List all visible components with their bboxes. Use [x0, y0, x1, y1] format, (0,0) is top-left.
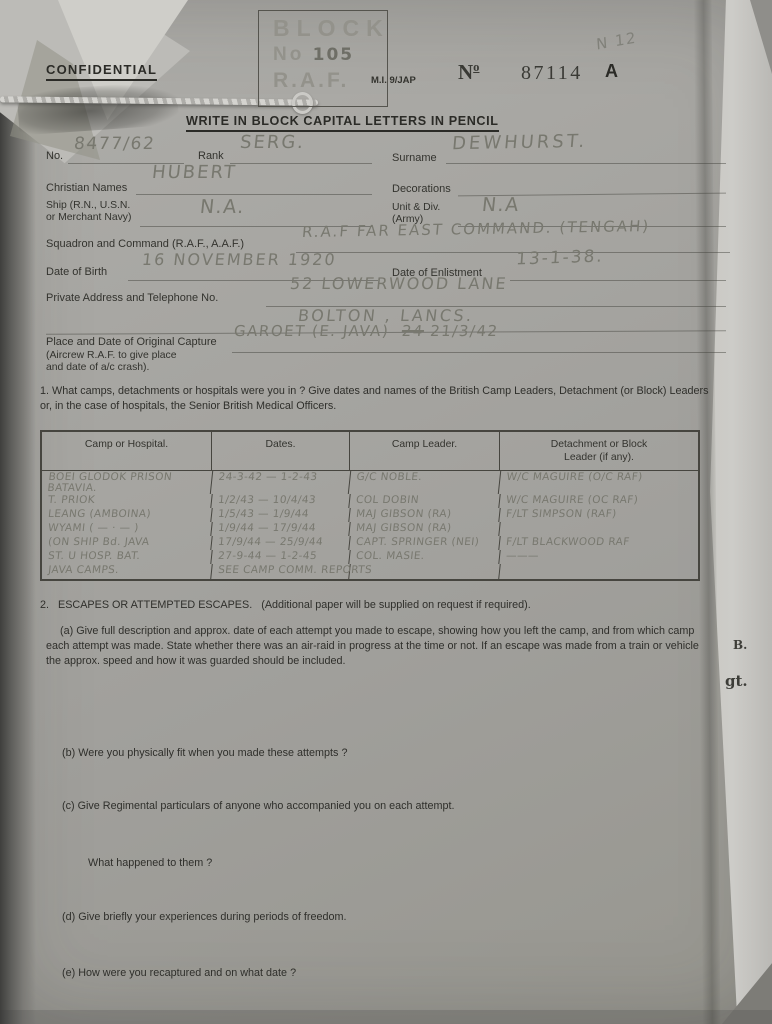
field-no-value: 8477/62	[73, 136, 156, 153]
field-rule	[446, 163, 726, 164]
table-cell: W/C MAGUIRE (OC RAF)	[499, 494, 698, 508]
table-cell: COL. MASIE.	[349, 550, 500, 564]
form-number-suffix: A	[605, 61, 618, 82]
table-cell: (ON SHIP Bd. JAVA	[41, 536, 212, 550]
field-capture-note-line2: and date of a/c crash).	[46, 362, 149, 374]
field-address-label: Private Address and Telephone No.	[46, 292, 218, 304]
table-cell: 1/9/44 — 17/9/44	[211, 522, 350, 536]
question-2d-text: (d) Give briefly your experiences during…	[62, 910, 702, 925]
column-header: Detachment or Block Leader (if any).	[500, 432, 698, 470]
question-2c-text: (c) Give Regimental particulars of anyon…	[62, 799, 702, 814]
table-cell: W/C MAGUIRE (O/C RAF)	[499, 471, 699, 494]
field-capture-value: GAROET (E. JAVA) 24 21/3/42	[233, 324, 499, 339]
field-ship-label-line2: or Merchant Navy)	[46, 212, 131, 224]
table-cell: SEE CAMP COMM. REPORTS	[211, 564, 351, 579]
camps-table-header: Camp or Hospital. Dates. Camp Leader. De…	[42, 432, 698, 471]
table-cell	[499, 564, 699, 579]
field-rule	[510, 280, 726, 281]
capture-date: 21/3/42	[429, 322, 499, 340]
question-2a-text: (a) Give full description and approx. da…	[46, 624, 710, 669]
table-cell: ST. U HOSP. BAT.	[41, 550, 212, 564]
table-cell: F/LT BLACKWOOD RAF	[499, 536, 698, 550]
camps-table-body: BOEI GLODOK PRISON BATAVIA. 24-3-42 — 1-…	[42, 471, 698, 579]
question-2-heading: 2. ESCAPES OR ATTEMPTED ESCAPES. (Additi…	[40, 598, 716, 613]
field-address-value-line1: 52 LOWERWOOD LANE	[289, 276, 508, 292]
field-rule	[296, 252, 730, 253]
field-squadron-label: Squadron and Command (R.A.F., A.A.F.)	[46, 238, 244, 250]
field-capture-note-line1: (Aircrew R.A.F. to give place	[46, 350, 177, 362]
stamp-line-block: BLOCK	[273, 15, 387, 42]
field-capture-label: Place and Date of Original Capture	[46, 336, 217, 348]
stamp-number-handwritten: 105	[313, 45, 355, 65]
table-cell: LEANG (AMBOINA)	[41, 508, 212, 522]
field-unit-label-line1: Unit & Div.	[392, 202, 440, 214]
field-squadron-value: R.A.F FAR EAST COMMAND. (TENGAH)	[301, 219, 650, 240]
margin-fragment: gt.	[725, 672, 748, 690]
block-stamp-box: BLOCK No 105 R.A.F.	[258, 10, 388, 107]
camps-table: Camp or Hospital. Dates. Camp Leader. De…	[40, 430, 700, 581]
table-cell: G/C NOBLE.	[349, 471, 501, 494]
field-ship-value: N.A.	[199, 198, 246, 217]
field-ship-label-line1: Ship (R.N., U.S.N.	[46, 200, 130, 212]
field-unit-value: N.A	[481, 196, 521, 215]
table-cell: ———	[499, 550, 698, 564]
scanned-pow-form: CONFIDENTIAL BLOCK No 105 R.A.F. M.I. 9/…	[0, 0, 772, 1024]
question-2-title: ESCAPES OR ATTEMPTED ESCAPES.	[58, 599, 252, 611]
question-2e-text: (e) How were you recaptured and on what …	[62, 966, 702, 981]
table-cell: COL DOBIN	[349, 494, 500, 508]
instruction-heading: WRITE IN BLOCK CAPITAL LETTERS IN PENCIL	[186, 114, 499, 132]
field-christian-names-value: HUBERT	[151, 164, 238, 182]
table-cell: WYAMI ( — · — )	[41, 522, 212, 536]
field-rule	[232, 352, 726, 353]
stamp-line-no: No 105	[273, 44, 387, 66]
column-header: Camp Leader.	[350, 432, 500, 470]
field-christian-names-label: Christian Names	[46, 182, 127, 194]
form-number-label: No	[458, 60, 479, 85]
table-cell: T. PRIOK	[41, 494, 212, 508]
field-rule	[136, 194, 372, 195]
question-1-text: 1. What camps, detachments or hospitals …	[40, 384, 716, 414]
field-decorations-label: Decorations	[392, 183, 451, 195]
question-2-note: (Additional paper will be supplied on re…	[261, 599, 530, 611]
field-dob-value: 16 NOVEMBER 1920	[141, 252, 337, 268]
binding-edge	[0, 0, 36, 1024]
form-number: 87114	[521, 62, 583, 85]
table-cell: 17/9/44 — 25/9/44	[211, 536, 350, 550]
table-cell: BOEI GLODOK PRISON BATAVIA.	[41, 471, 213, 494]
table-cell: 27-9-44 — 1-2-45	[211, 550, 350, 564]
table-cell: JAVA CAMPS.	[41, 564, 213, 579]
field-enlistment-value: 13-1-38.	[515, 248, 604, 268]
field-rank-value: SERG.	[239, 134, 306, 152]
column-header: Camp or Hospital.	[42, 432, 212, 470]
table-cell: MAJ GIBSON (RA)	[349, 522, 500, 536]
table-cell: 1/5/43 — 1/9/44	[211, 508, 350, 522]
field-dob-label: Date of Birth	[46, 266, 107, 278]
form-department: M.I. 9/JAP	[371, 75, 416, 86]
question-2c-followup-text: What happened to them ?	[88, 856, 488, 871]
bottom-shadow	[0, 1010, 772, 1024]
pencil-annotation: N 12	[596, 30, 638, 52]
field-no-label: No.	[46, 150, 63, 162]
question-2b-text: (b) Were you physically fit when you mad…	[62, 746, 702, 761]
table-cell: F/LT SIMPSON (RAF)	[499, 508, 698, 522]
stamp-line-raf: R.A.F.	[273, 69, 387, 93]
table-cell	[349, 564, 501, 579]
capture-struck-text: 24	[401, 322, 425, 340]
field-surname-label: Surname	[392, 152, 437, 164]
table-cell: MAJ GIBSON (RA)	[349, 508, 500, 522]
table-cell: CAPT. SPRINGER (NEI)	[349, 536, 500, 550]
field-surname-value: DEWHURST.	[451, 133, 588, 153]
table-cell: 1/2/43 — 10/4/43	[211, 494, 350, 508]
field-rank-label: Rank	[198, 150, 224, 162]
table-cell	[499, 522, 698, 536]
confidential-marking: CONFIDENTIAL	[46, 62, 157, 81]
margin-fragment: B.	[733, 638, 747, 652]
table-cell: 24-3-42 — 1-2-43	[211, 471, 351, 494]
column-header: Dates.	[212, 432, 350, 470]
field-rule	[230, 163, 372, 164]
